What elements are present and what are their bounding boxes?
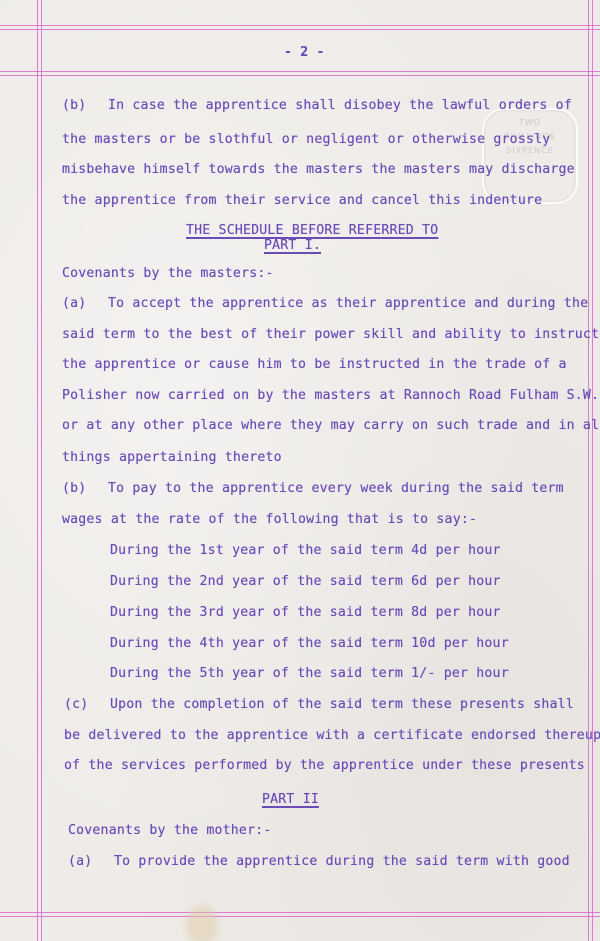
- clause-text: To provide the apprentice during the sai…: [114, 854, 570, 869]
- stamp-text-top: TWO: [484, 118, 576, 127]
- schedule-heading: THE SCHEDULE BEFORE REFERRED TO: [186, 223, 438, 238]
- top-rule-1: [0, 25, 600, 30]
- clause-label: (b): [62, 98, 108, 113]
- part-1-clause-c-line-1: (c)Upon the completion of the said term …: [64, 697, 574, 712]
- part-2-heading: PART II: [262, 792, 319, 807]
- part-1-clause-a-line-1: (a)To accept the apprentice as their app…: [62, 296, 588, 311]
- part-2-intro: Covenants by the mother:-: [68, 823, 272, 838]
- part-1-intro: Covenants by the masters:-: [62, 266, 274, 281]
- part-1-clause-b-line-2: wages at the rate of the following that …: [62, 512, 477, 527]
- part-1-clause-a-line-5: or at any other place where they may car…: [62, 418, 600, 433]
- clause-text: To accept the apprentice as their appren…: [108, 296, 588, 311]
- part-1-clause-a-line-3: the apprentice or cause him to be instru…: [62, 357, 567, 372]
- clause-text: In case the apprentice shall disobey the…: [108, 98, 572, 113]
- wage-schedule-year-4: During the 4th year of the said term 10d…: [110, 636, 509, 651]
- clause-b-termination-line-4: the apprentice from their service and ca…: [62, 193, 542, 208]
- part-1-clause-a-line-2: said term to the best of their power ski…: [62, 327, 599, 342]
- wage-schedule-year-5: During the 5th year of the said term 1/-…: [110, 666, 509, 681]
- part-1-heading: PART I.: [264, 238, 321, 253]
- clause-b-termination-line-2: the masters or be slothful or negligent …: [62, 132, 550, 147]
- left-margin-rule: [37, 0, 42, 941]
- embossed-duty-stamp: TWO SHILLINGS SIXPENCE: [482, 108, 578, 204]
- clause-label: (c): [64, 697, 110, 712]
- clause-b-termination-line-1: (b)In case the apprentice shall disobey …: [62, 98, 572, 113]
- clause-label: (b): [62, 481, 108, 496]
- clause-text: Upon the completion of the said term the…: [110, 697, 574, 712]
- top-rule-2: [0, 71, 600, 76]
- paper-stain: [186, 905, 218, 941]
- wage-schedule-year-1: During the 1st year of the said term 4d …: [110, 543, 501, 558]
- part-1-clause-a-line-4: Polisher now carried on by the masters a…: [62, 388, 600, 403]
- stamp-text-bottom: SIXPENCE: [484, 146, 576, 155]
- wage-schedule-year-3: During the 3rd year of the said term 8d …: [110, 605, 501, 620]
- clause-label: (a): [68, 854, 114, 869]
- clause-label: (a): [62, 296, 108, 311]
- right-margin-rule: [588, 0, 593, 941]
- part-1-clause-c-line-3: of the services performed by the apprent…: [64, 758, 585, 773]
- part-1-clause-a-line-6: things appertaining thereto: [62, 450, 282, 465]
- clause-b-termination-line-3: misbehave himself towards the masters th…: [62, 162, 575, 177]
- page-number: - 2 -: [284, 45, 325, 60]
- wage-schedule-year-2: During the 2nd year of the said term 6d …: [110, 574, 501, 589]
- part-2-clause-a-line-1: (a)To provide the apprentice during the …: [68, 854, 570, 869]
- part-1-clause-b-line-1: (b)To pay to the apprentice every week d…: [62, 481, 564, 496]
- clause-text: To pay to the apprentice every week duri…: [108, 481, 564, 496]
- bottom-rule: [0, 912, 600, 917]
- part-1-clause-c-line-2: be delivered to the apprentice with a ce…: [64, 728, 600, 743]
